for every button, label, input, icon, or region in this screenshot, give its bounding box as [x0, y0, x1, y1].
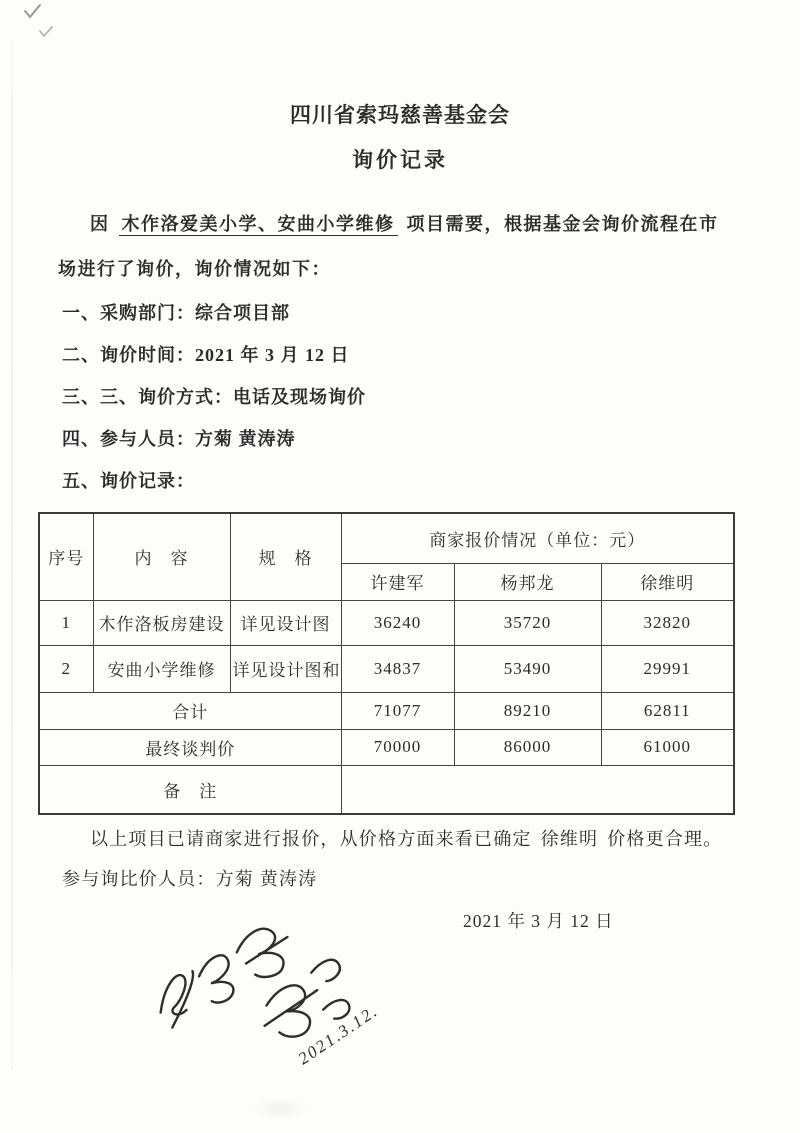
- conclusion-paragraph: 以上项目已请商家进行报价，从价格方面来看已确定徐维明价格更合理。: [58, 825, 760, 853]
- remark-row: 备 注: [39, 765, 734, 814]
- row2-spec: 详见设计图和: [230, 645, 341, 692]
- row1-quote-3: 32820: [601, 600, 734, 645]
- selected-vendor-name: 徐维明: [541, 829, 599, 849]
- row2-quote-1: 34837: [341, 645, 454, 692]
- header-quote-group: 商家报价情况（单位：元）: [341, 513, 734, 563]
- signature-scribble: [261, 983, 322, 1040]
- signature-scribble: [310, 959, 341, 983]
- organization-title: 四川省索玛慈善基金会: [0, 100, 800, 130]
- header-vendor-3: 徐维明: [601, 563, 734, 600]
- remark-label: 备 注: [39, 765, 341, 814]
- list-item-department: 一、采购部门：综合项目部: [62, 302, 800, 324]
- intro-line1-rest: 项目需要，根据基金会询价流程在市: [407, 214, 719, 234]
- final-price-row: 最终谈判价 70000 86000 61000: [39, 729, 734, 765]
- total-value-1: 71077: [341, 692, 454, 729]
- scanned-document-page: 四川省索玛慈善基金会 询价记录 因木作洛爱美小学、安曲小学维修项目需要，根据基金…: [0, 0, 800, 1133]
- project-name-underlined: 木作洛爱美小学、安曲小学维修: [119, 214, 398, 236]
- row1-spec: 详见设计图: [230, 600, 341, 645]
- row1-seq: 1: [39, 600, 93, 645]
- list-item-inquiry-date: 二、询价时间：2021 年 3 月 12 日: [62, 344, 800, 366]
- row1-content: 木作洛板房建设: [93, 600, 230, 645]
- remark-value: [341, 765, 734, 814]
- scan-edge-artifact: [11, 40, 13, 1070]
- list-item-inquiry-method: 三、三、询价方式：电话及现场询价: [62, 386, 800, 408]
- pen-tick-mark: [22, 2, 44, 22]
- total-label: 合计: [39, 692, 341, 729]
- header-spec: 规 格: [230, 513, 341, 600]
- final-value-3: 61000: [601, 729, 734, 765]
- handwritten-signature: 2021.3.12.: [145, 903, 435, 1078]
- conclusion-after: 价格更合理。: [607, 829, 722, 849]
- row2-quote-3: 29991: [601, 645, 734, 692]
- participants-line: 参与询比价人员：方菊 黄涛涛: [62, 867, 800, 891]
- row2-seq: 2: [39, 645, 93, 692]
- list-item-record-heading: 五、询价记录：: [62, 470, 800, 492]
- numbered-list: 一、采购部门：综合项目部 二、询价时间：2021 年 3 月 12 日 三、三、…: [62, 302, 800, 492]
- pen-tick-mark: [37, 24, 55, 40]
- list-item-participants: 四、参与人员：方菊 黄涛涛: [62, 428, 800, 450]
- total-value-3: 62811: [601, 692, 734, 729]
- row2-quote-2: 53490: [454, 645, 601, 692]
- scan-smudge-artifact: [250, 1098, 310, 1120]
- conclusion-before: 以上项目已请商家进行报价，从价格方面来看已确定: [90, 829, 532, 849]
- row2-content: 安曲小学维修: [93, 645, 230, 692]
- signature-scribble: [157, 971, 199, 1028]
- table-row: 2 安曲小学维修 详见设计图和 34837 53490 29991: [39, 645, 734, 692]
- header-vendor-1: 许建军: [341, 563, 454, 600]
- intro-line2: 场进行了询价，询价情况如下：: [58, 259, 331, 279]
- document-title: 询价记录: [0, 146, 800, 174]
- header-content: 内 容: [93, 513, 230, 600]
- table-row: 1 木作洛板房建设 详见设计图 36240 35720 32820: [39, 600, 734, 645]
- signature-scribble: [235, 926, 292, 979]
- quote-table: 序号 内 容 规 格 商家报价情况（单位：元） 许建军 杨邦龙 徐维明 1 木作…: [38, 512, 735, 815]
- signature-scribble: [197, 954, 234, 1004]
- total-row: 合计 71077 89210 62811: [39, 692, 734, 729]
- document-date: 2021 年 3 月 12 日: [463, 909, 800, 933]
- intro-lead: 因: [90, 214, 110, 234]
- signature-date-text: 2021.3.12.: [295, 1001, 382, 1068]
- row1-quote-1: 36240: [341, 600, 454, 645]
- final-price-label: 最终谈判价: [39, 729, 341, 765]
- intro-paragraph: 因木作洛爱美小学、安曲小学维修项目需要，根据基金会询价流程在市场进行了询价，询价…: [58, 202, 758, 292]
- row1-quote-2: 35720: [454, 600, 601, 645]
- final-value-1: 70000: [341, 729, 454, 765]
- header-vendor-2: 杨邦龙: [454, 563, 601, 600]
- total-value-2: 89210: [454, 692, 601, 729]
- final-value-2: 86000: [454, 729, 601, 765]
- header-seq: 序号: [39, 513, 93, 600]
